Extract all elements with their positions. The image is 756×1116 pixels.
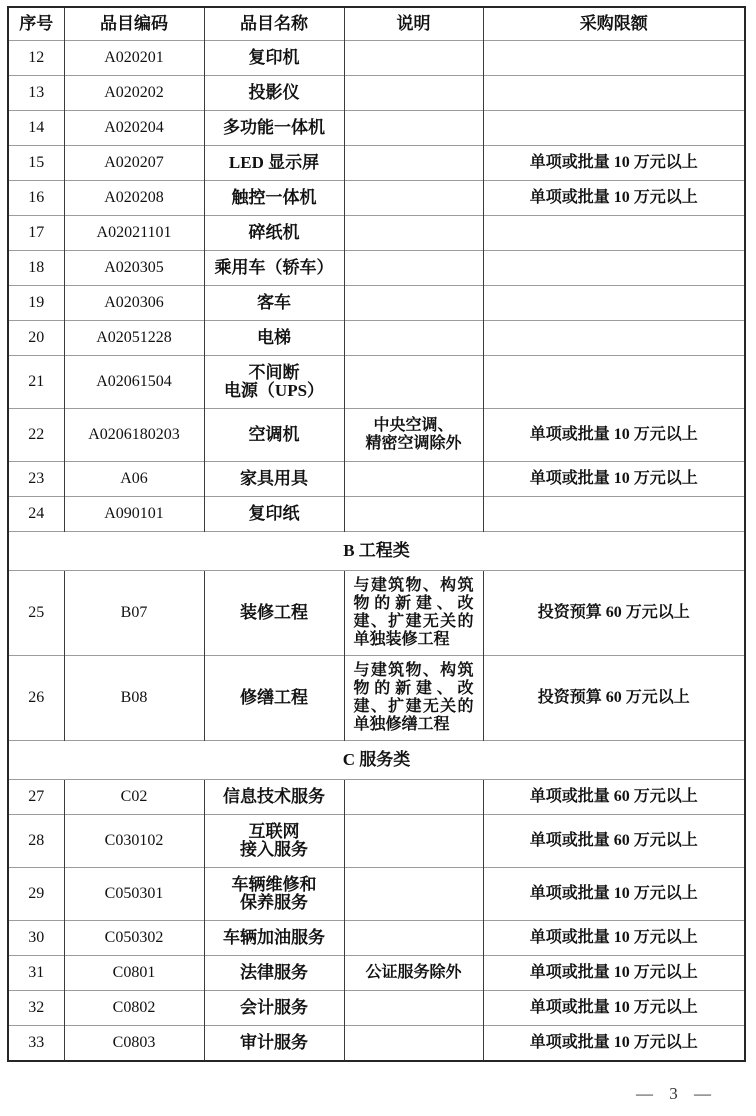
table-row: 17A02021101碎纸机 bbox=[8, 216, 745, 251]
cell-item-name: 多功能一体机 bbox=[204, 111, 344, 146]
cell-item-name: 乘用车（轿车） bbox=[204, 251, 344, 286]
cell-item-name: 信息技术服务 bbox=[204, 780, 344, 815]
cell-description: 公证服务除外 bbox=[344, 956, 483, 991]
table-row: 13A020202投影仪 bbox=[8, 76, 745, 111]
cell-procurement-limit: 单项或批量 60 万元以上 bbox=[483, 780, 745, 815]
cell-item-code: A020207 bbox=[64, 146, 204, 181]
cell-serial: 30 bbox=[8, 921, 64, 956]
cell-item-name: 家具用具 bbox=[204, 462, 344, 497]
cell-procurement-limit bbox=[483, 41, 745, 76]
cell-item-code: A020204 bbox=[64, 111, 204, 146]
cell-item-code: A02021101 bbox=[64, 216, 204, 251]
cell-procurement-limit: 投资预算 60 万元以上 bbox=[483, 656, 745, 741]
table-row: 32C0802会计服务单项或批量 10 万元以上 bbox=[8, 991, 745, 1026]
cell-item-code: C050301 bbox=[64, 868, 204, 921]
cell-procurement-limit bbox=[483, 251, 745, 286]
cell-description bbox=[344, 868, 483, 921]
cell-procurement-limit bbox=[483, 216, 745, 251]
cell-item-name: 车辆维修和 保养服务 bbox=[204, 868, 344, 921]
section-row: B 工程类 bbox=[8, 532, 745, 571]
table-row: 20A02051228电梯 bbox=[8, 321, 745, 356]
table-row: 14A020204多功能一体机 bbox=[8, 111, 745, 146]
table-row: 33C0803审计服务单项或批量 10 万元以上 bbox=[8, 1026, 745, 1062]
cell-serial: 23 bbox=[8, 462, 64, 497]
cell-serial: 24 bbox=[8, 497, 64, 532]
table-header-row: 序号 品目编码 品目名称 说明 采购限额 bbox=[8, 7, 745, 41]
cell-item-code: A02061504 bbox=[64, 356, 204, 409]
cell-item-code: C0801 bbox=[64, 956, 204, 991]
col-header-item-name: 品目名称 bbox=[204, 7, 344, 41]
cell-item-code: A020202 bbox=[64, 76, 204, 111]
cell-serial: 25 bbox=[8, 571, 64, 656]
cell-serial: 20 bbox=[8, 321, 64, 356]
cell-item-code: C0803 bbox=[64, 1026, 204, 1062]
table-row: 24A090101复印纸 bbox=[8, 497, 745, 532]
table-row: 28C030102互联网 接入服务单项或批量 60 万元以上 bbox=[8, 815, 745, 868]
cell-procurement-limit bbox=[483, 286, 745, 321]
cell-item-name: LED 显示屏 bbox=[204, 146, 344, 181]
cell-item-code: A020201 bbox=[64, 41, 204, 76]
cell-procurement-limit: 单项或批量 10 万元以上 bbox=[483, 146, 745, 181]
page-number: — 3 — bbox=[636, 1084, 712, 1104]
cell-description bbox=[344, 251, 483, 286]
document-page: 序号 品目编码 品目名称 说明 采购限额 12A020201复印机13A0202… bbox=[0, 0, 756, 1116]
cell-procurement-limit: 单项或批量 10 万元以上 bbox=[483, 181, 745, 216]
cell-item-code: C0802 bbox=[64, 991, 204, 1026]
cell-serial: 19 bbox=[8, 286, 64, 321]
cell-item-name: 空调机 bbox=[204, 409, 344, 462]
cell-item-name: 互联网 接入服务 bbox=[204, 815, 344, 868]
cell-procurement-limit bbox=[483, 497, 745, 532]
cell-item-name: 装修工程 bbox=[204, 571, 344, 656]
cell-item-code: B07 bbox=[64, 571, 204, 656]
cell-serial: 18 bbox=[8, 251, 64, 286]
cell-serial: 12 bbox=[8, 41, 64, 76]
cell-serial: 28 bbox=[8, 815, 64, 868]
section-row: C 服务类 bbox=[8, 741, 745, 780]
cell-procurement-limit: 单项或批量 60 万元以上 bbox=[483, 815, 745, 868]
cell-description bbox=[344, 41, 483, 76]
table-row: 29C050301车辆维修和 保养服务单项或批量 10 万元以上 bbox=[8, 868, 745, 921]
table-row: 15A020207LED 显示屏单项或批量 10 万元以上 bbox=[8, 146, 745, 181]
col-header-procurement-limit: 采购限额 bbox=[483, 7, 745, 41]
cell-procurement-limit: 投资预算 60 万元以上 bbox=[483, 571, 745, 656]
cell-item-name: 电梯 bbox=[204, 321, 344, 356]
cell-item-name: 碎纸机 bbox=[204, 216, 344, 251]
cell-serial: 17 bbox=[8, 216, 64, 251]
cell-serial: 16 bbox=[8, 181, 64, 216]
cell-description bbox=[344, 181, 483, 216]
table-row: 22A0206180203空调机中央空调、 精密空调除外单项或批量 10 万元以… bbox=[8, 409, 745, 462]
cell-procurement-limit bbox=[483, 356, 745, 409]
cell-item-name: 触控一体机 bbox=[204, 181, 344, 216]
cell-item-name: 会计服务 bbox=[204, 991, 344, 1026]
cell-procurement-limit bbox=[483, 76, 745, 111]
cell-description: 中央空调、 精密空调除外 bbox=[344, 409, 483, 462]
col-header-description: 说明 bbox=[344, 7, 483, 41]
cell-description bbox=[344, 1026, 483, 1062]
cell-item-code: A020306 bbox=[64, 286, 204, 321]
cell-description bbox=[344, 321, 483, 356]
cell-description bbox=[344, 497, 483, 532]
cell-serial: 15 bbox=[8, 146, 64, 181]
table-row: 16A020208触控一体机单项或批量 10 万元以上 bbox=[8, 181, 745, 216]
cell-serial: 32 bbox=[8, 991, 64, 1026]
cell-item-code: A090101 bbox=[64, 497, 204, 532]
cell-procurement-limit: 单项或批量 10 万元以上 bbox=[483, 462, 745, 497]
cell-item-code: C02 bbox=[64, 780, 204, 815]
cell-serial: 27 bbox=[8, 780, 64, 815]
table-row: 26B08修缮工程与建筑物、构筑物的新建、改建、扩建无关的单独修缮工程投资预算 … bbox=[8, 656, 745, 741]
cell-item-name: 复印机 bbox=[204, 41, 344, 76]
cell-description bbox=[344, 921, 483, 956]
cell-description bbox=[344, 146, 483, 181]
cell-item-code: C030102 bbox=[64, 815, 204, 868]
cell-description: 与建筑物、构筑物的新建、改建、扩建无关的单独修缮工程 bbox=[344, 656, 483, 741]
table-row: 18A020305乘用车（轿车） bbox=[8, 251, 745, 286]
cell-item-code: A02051228 bbox=[64, 321, 204, 356]
cell-item-name: 客车 bbox=[204, 286, 344, 321]
cell-description bbox=[344, 815, 483, 868]
cell-description bbox=[344, 356, 483, 409]
cell-item-code: A020208 bbox=[64, 181, 204, 216]
section-label: C 服务类 bbox=[8, 741, 745, 780]
cell-item-code: A06 bbox=[64, 462, 204, 497]
table-row: 19A020306客车 bbox=[8, 286, 745, 321]
cell-item-name: 不间断 电源（UPS） bbox=[204, 356, 344, 409]
cell-procurement-limit: 单项或批量 10 万元以上 bbox=[483, 991, 745, 1026]
cell-description bbox=[344, 111, 483, 146]
cell-item-code: A020305 bbox=[64, 251, 204, 286]
table-row: 30C050302车辆加油服务单项或批量 10 万元以上 bbox=[8, 921, 745, 956]
cell-procurement-limit bbox=[483, 111, 745, 146]
cell-procurement-limit: 单项或批量 10 万元以上 bbox=[483, 956, 745, 991]
cell-item-name: 车辆加油服务 bbox=[204, 921, 344, 956]
cell-serial: 31 bbox=[8, 956, 64, 991]
cell-item-name: 法律服务 bbox=[204, 956, 344, 991]
cell-serial: 29 bbox=[8, 868, 64, 921]
cell-item-name: 复印纸 bbox=[204, 497, 344, 532]
cell-item-name: 修缮工程 bbox=[204, 656, 344, 741]
cell-serial: 22 bbox=[8, 409, 64, 462]
cell-description bbox=[344, 780, 483, 815]
col-header-serial: 序号 bbox=[8, 7, 64, 41]
procurement-items-table: 序号 品目编码 品目名称 说明 采购限额 12A020201复印机13A0202… bbox=[7, 6, 746, 1062]
cell-description bbox=[344, 286, 483, 321]
cell-procurement-limit: 单项或批量 10 万元以上 bbox=[483, 409, 745, 462]
cell-procurement-limit: 单项或批量 10 万元以上 bbox=[483, 868, 745, 921]
cell-procurement-limit bbox=[483, 321, 745, 356]
cell-description bbox=[344, 216, 483, 251]
table-body: 12A020201复印机13A020202投影仪14A020204多功能一体机1… bbox=[8, 41, 745, 1062]
cell-procurement-limit: 单项或批量 10 万元以上 bbox=[483, 1026, 745, 1062]
cell-description bbox=[344, 76, 483, 111]
col-header-item-code: 品目编码 bbox=[64, 7, 204, 41]
table-row: 23A06家具用具单项或批量 10 万元以上 bbox=[8, 462, 745, 497]
cell-item-code: B08 bbox=[64, 656, 204, 741]
cell-item-name: 审计服务 bbox=[204, 1026, 344, 1062]
table-row: 27C02信息技术服务单项或批量 60 万元以上 bbox=[8, 780, 745, 815]
cell-item-name: 投影仪 bbox=[204, 76, 344, 111]
cell-description bbox=[344, 991, 483, 1026]
cell-serial: 14 bbox=[8, 111, 64, 146]
cell-description: 与建筑物、构筑物的新建、改建、扩建无关的单独装修工程 bbox=[344, 571, 483, 656]
table-row: 21A02061504不间断 电源（UPS） bbox=[8, 356, 745, 409]
table-row: 25B07装修工程与建筑物、构筑物的新建、改建、扩建无关的单独装修工程投资预算 … bbox=[8, 571, 745, 656]
cell-serial: 13 bbox=[8, 76, 64, 111]
cell-serial: 33 bbox=[8, 1026, 64, 1062]
section-label: B 工程类 bbox=[8, 532, 745, 571]
table-row: 31C0801法律服务公证服务除外单项或批量 10 万元以上 bbox=[8, 956, 745, 991]
cell-item-code: C050302 bbox=[64, 921, 204, 956]
cell-description bbox=[344, 462, 483, 497]
cell-serial: 21 bbox=[8, 356, 64, 409]
cell-procurement-limit: 单项或批量 10 万元以上 bbox=[483, 921, 745, 956]
cell-item-code: A0206180203 bbox=[64, 409, 204, 462]
cell-serial: 26 bbox=[8, 656, 64, 741]
table-row: 12A020201复印机 bbox=[8, 41, 745, 76]
